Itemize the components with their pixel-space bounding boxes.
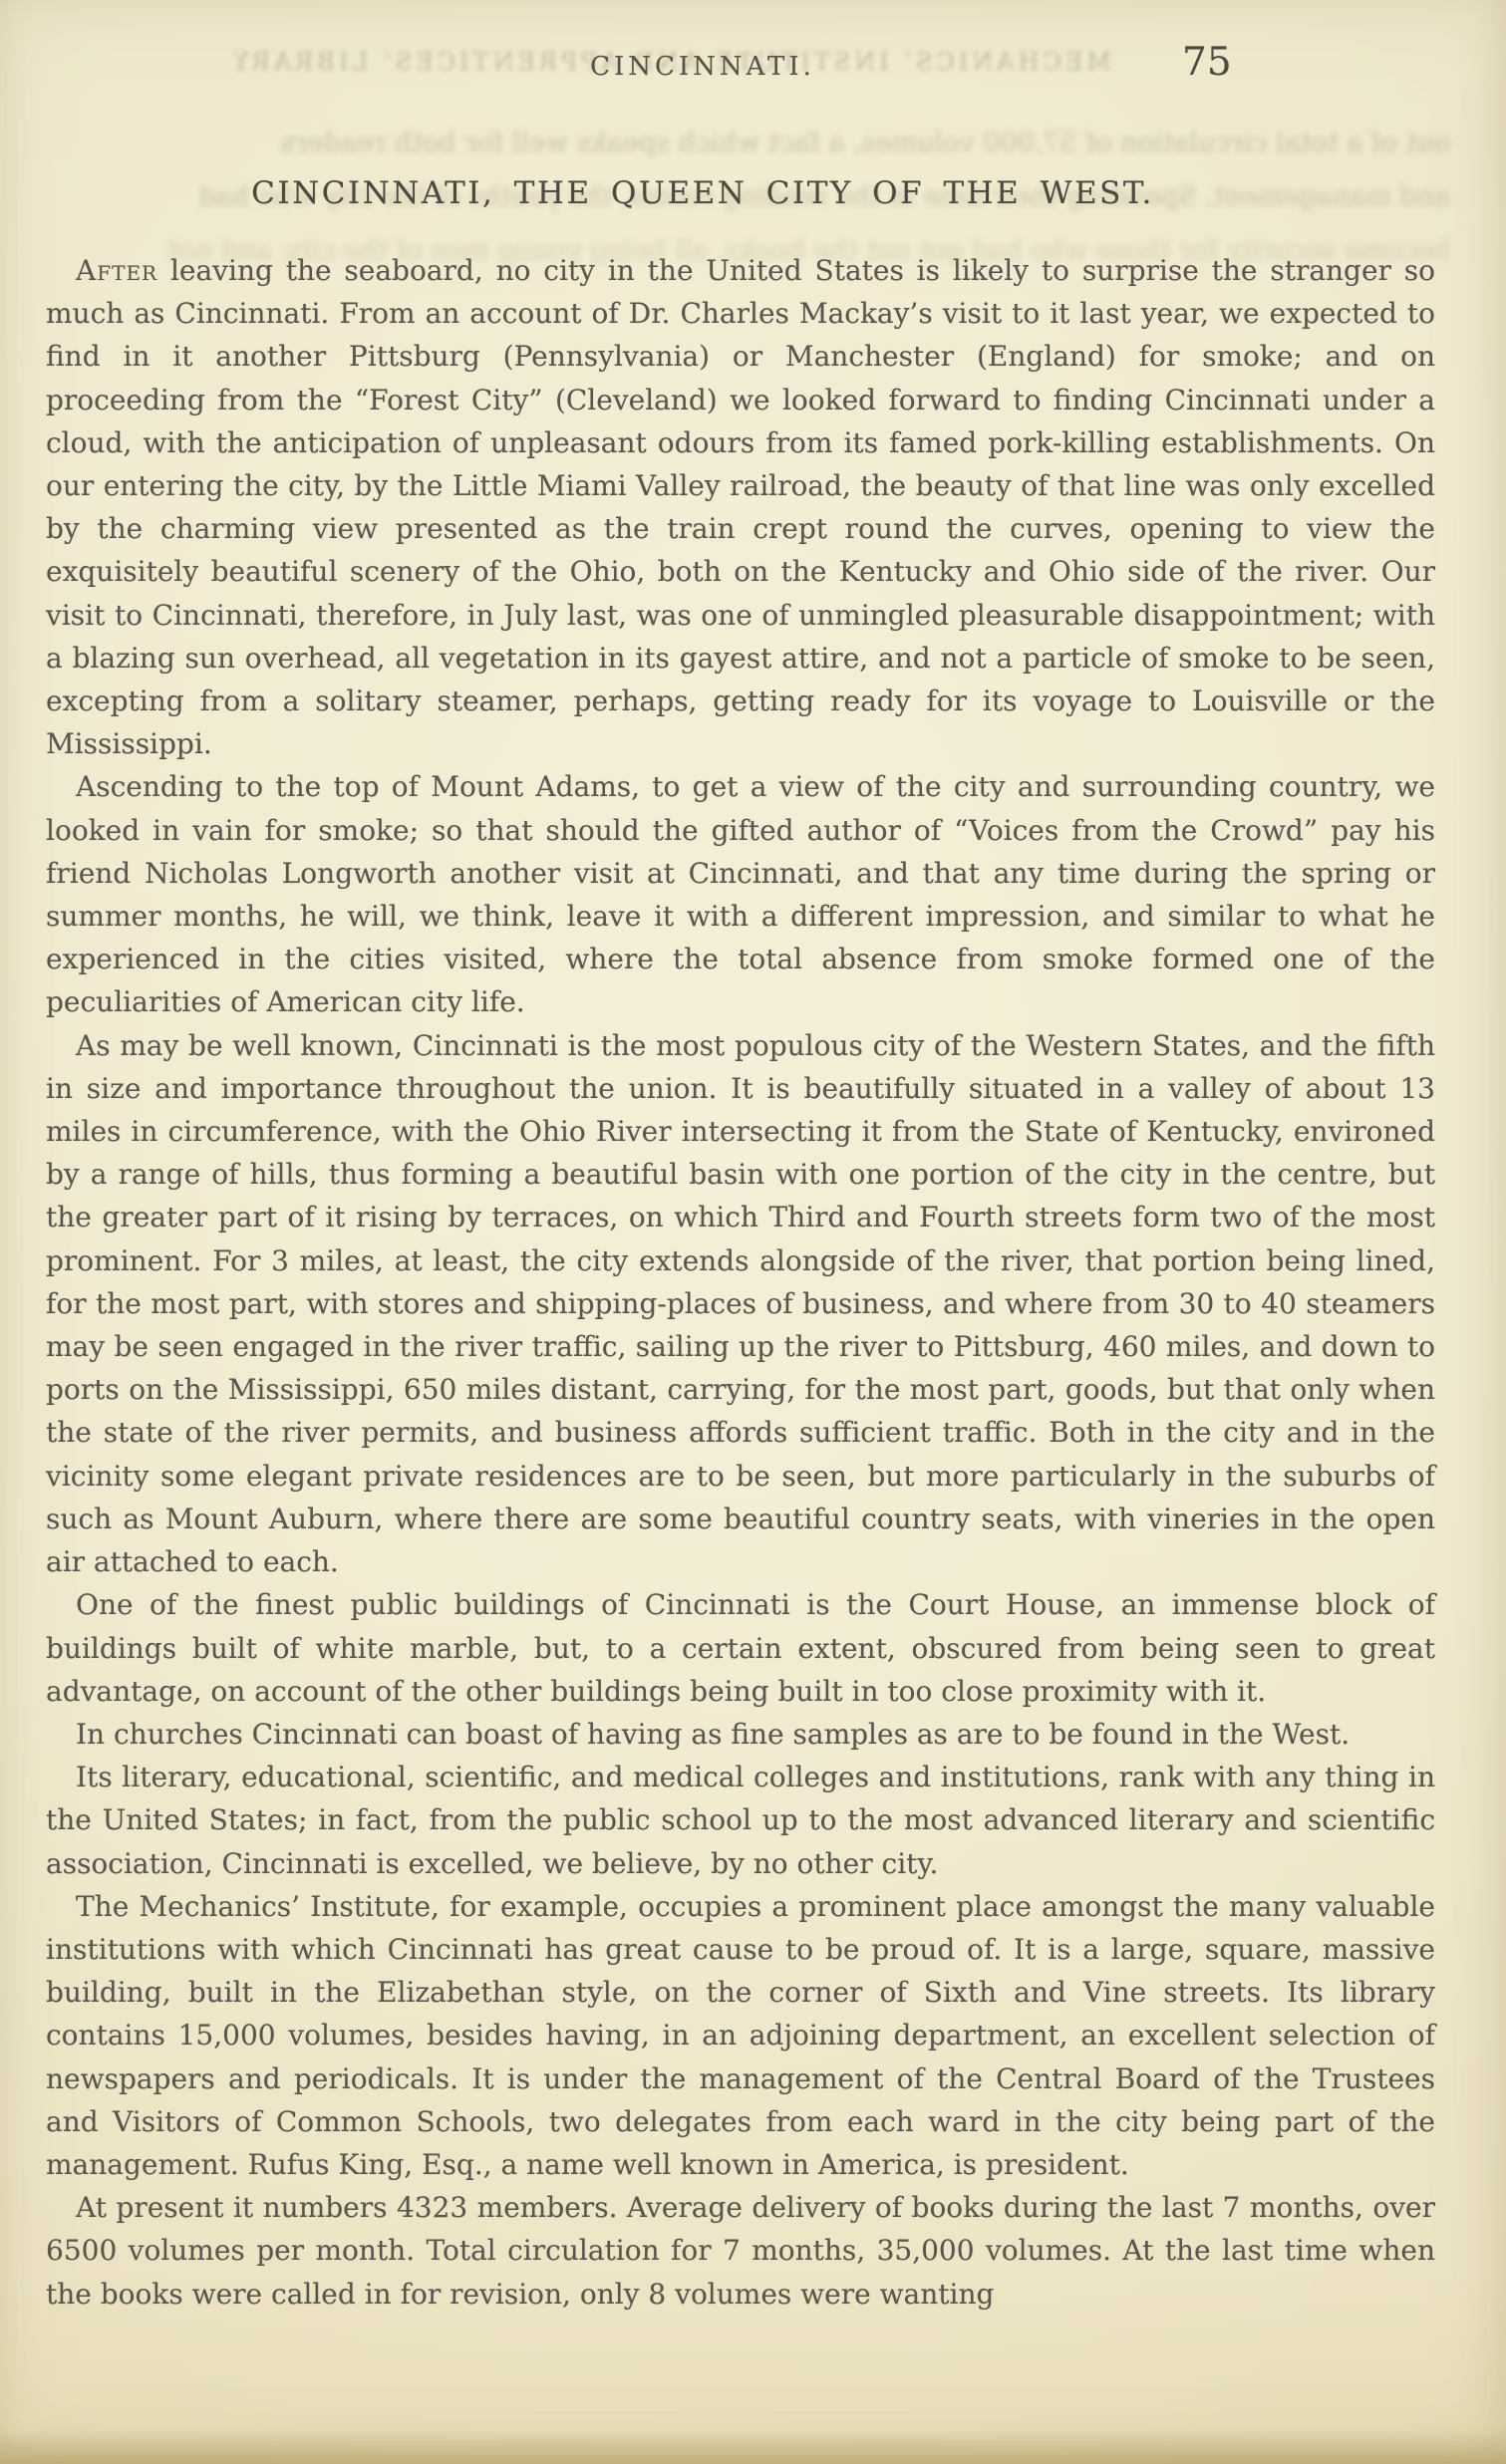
paragraph-5: In churches Cincinnati can boast of havi… [46, 1713, 1435, 1756]
page-number: 75 [1182, 40, 1232, 85]
paragraph-6: Its literary, educational, scientific, a… [46, 1756, 1435, 1885]
book-page-scan: MECHANICS’ INSTITUTE AND APPRENTICES’ LI… [0, 0, 1506, 2464]
paragraph-4: One of the finest public buildings of Ci… [46, 1583, 1435, 1713]
paragraph-1: After leaving the seaboard, no city in t… [46, 249, 1435, 765]
chapter-title: CINCINNATI, THE QUEEN CITY OF THE WEST. [0, 175, 1405, 211]
paragraph-7: The Mechanics’ Institute, for example, o… [46, 1885, 1435, 2186]
bleedthrough-line: out of a total circulation of 57,000 vol… [55, 128, 1450, 158]
body-text: After leaving the seaboard, no city in t… [46, 249, 1435, 2316]
page-bottom-edge-shadow [0, 2430, 1506, 2464]
paragraph-lead-word: After [76, 254, 157, 287]
paragraph-8: At present it numbers 4323 members. Aver… [46, 2186, 1435, 2316]
paragraph-text: leaving the seaboard, no city in the Uni… [46, 254, 1435, 760]
paragraph-2: Ascending to the top of Mount Adams, to … [46, 765, 1435, 1023]
paragraph-3: As may be well known, Cincinnati is the … [46, 1024, 1435, 1584]
